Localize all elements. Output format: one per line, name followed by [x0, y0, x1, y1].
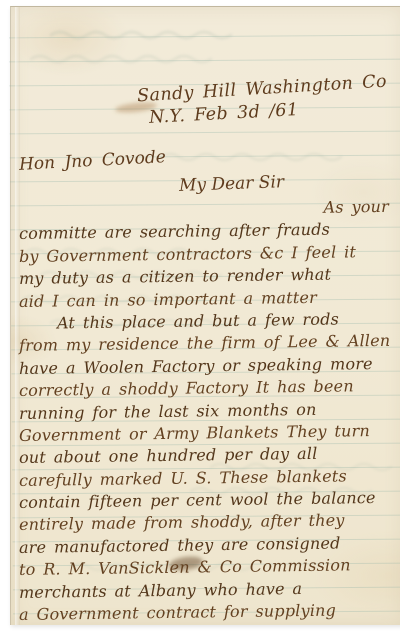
letter-body: As your committe are searching after fra…: [19, 201, 399, 626]
scanned-letter-photo: Sandy Hill Washington Co N.Y. Feb 3d /61…: [0, 0, 400, 640]
handwritten-text-layer: Sandy Hill Washington Co N.Y. Feb 3d /61…: [11, 7, 400, 625]
salutation-line: My Dear Sir: [179, 172, 285, 196]
letter-page: Sandy Hill Washington Co N.Y. Feb 3d /61…: [10, 6, 400, 625]
body-line: a Government contract for supplying: [19, 599, 399, 627]
recipient-line: Hon Jno Covode: [19, 147, 167, 175]
